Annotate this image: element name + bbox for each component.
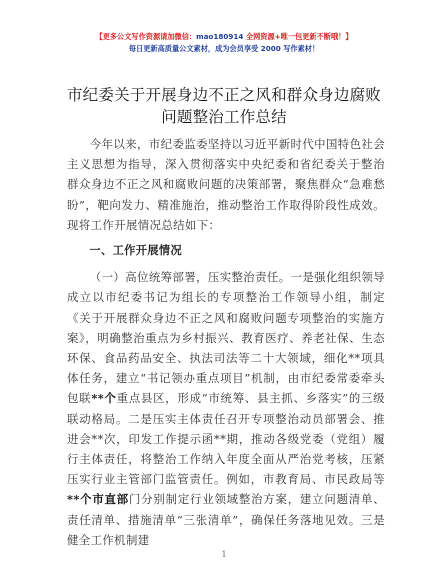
title-line-1: 市纪委关于开展身边不正之风和群众身边腐败 xyxy=(0,84,448,106)
page-number: 1 xyxy=(0,550,448,559)
promo-text-suffix: 全网资源+唯一包更新不断哦！】 xyxy=(243,32,352,41)
wechat-id: mao180914 xyxy=(196,32,243,41)
promo-text: 【更多公文写作资源请加微信： xyxy=(95,32,196,41)
paragraph-text: （一）高位统筹部署，压实整治责任。一是强化组织领导成立以市纪委书记为组长的专项整… xyxy=(67,270,385,405)
emphasis-text: **个 xyxy=(91,391,116,405)
document-title: 市纪委关于开展身边不正之风和群众身边腐败 问题整治工作总结 xyxy=(0,84,448,128)
document-body: 今年以来，市纪委监委坚持以习近平新时代中国特色社会主义思想为指导，深入贯彻落实中… xyxy=(67,134,385,550)
promo-banner: 【更多公文写作资源请加微信：mao180914 全网资源+唯一包更新不断哦！】 … xyxy=(0,32,448,54)
section-paragraph: （一）高位统筹部署，压实整治责任。一是强化组织领导成立以市纪委书记为组长的专项整… xyxy=(67,267,385,550)
promo-banner-line-2: 每日更新高质量公文素材，成为会员享受 2000 写作素材！ xyxy=(0,44,448,54)
intro-paragraph: 今年以来，市纪委监委坚持以习近平新时代中国特色社会主义思想为指导，深入贯彻落实中… xyxy=(67,134,385,235)
section-heading: 一、工作开展情况 xyxy=(67,241,385,261)
emphasis-text: **个市直部 xyxy=(67,492,129,506)
title-line-2: 问题整治工作总结 xyxy=(0,106,448,128)
paragraph-text: 重点县区，形成“市统筹、县主抓、乡落实”的三级联动格局。二是压实主体责任召开专项… xyxy=(67,391,385,486)
promo-banner-line-1: 【更多公文写作资源请加微信：mao180914 全网资源+唯一包更新不断哦！】 xyxy=(0,32,448,42)
